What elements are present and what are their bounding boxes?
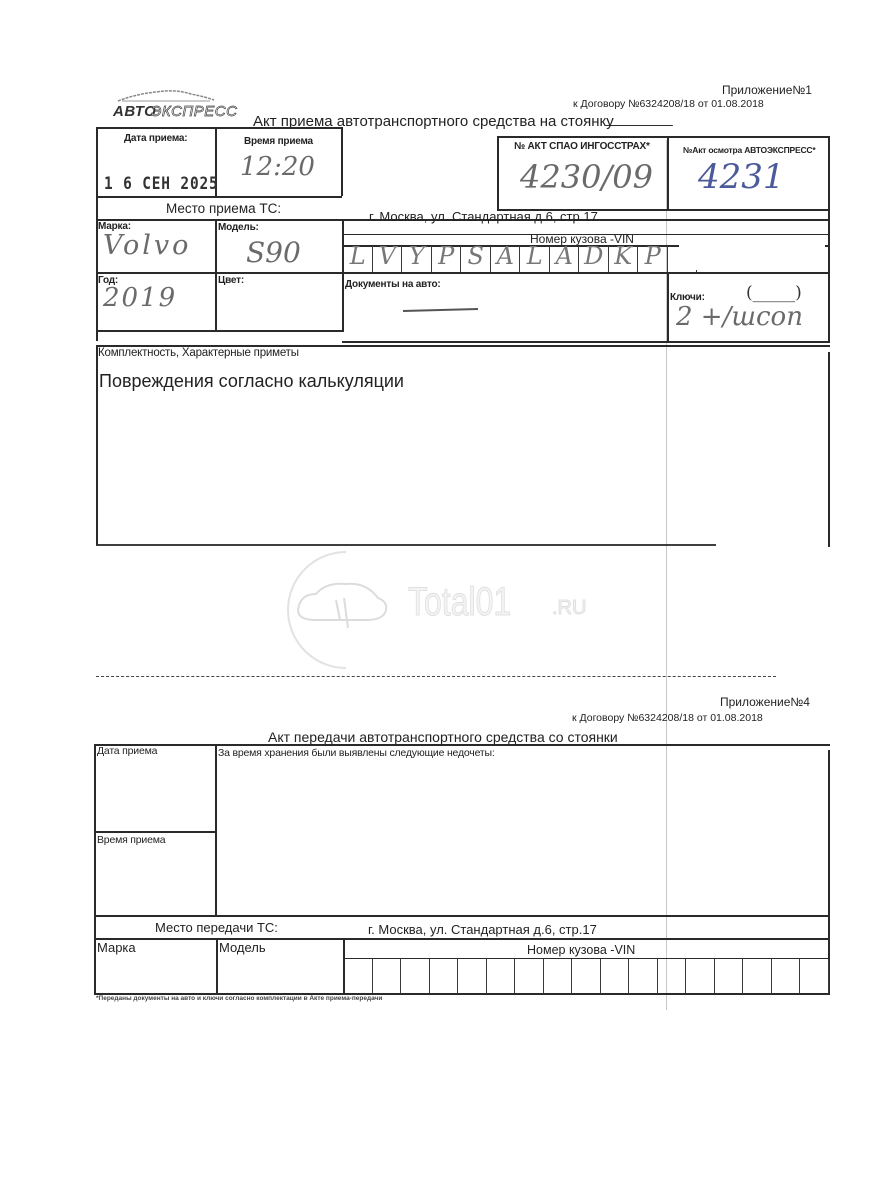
vin-char: V — [373, 242, 403, 270]
vin-cell: A — [550, 246, 580, 272]
logo-text-express: ЭКСПРЕСС — [151, 103, 237, 120]
ingos-act-value: 4230/09 — [520, 158, 653, 196]
transfer-place-value: г. Москва, ул. Стандартная д.6, стр.17 — [368, 922, 597, 937]
cut-line — [96, 676, 776, 677]
vin-char: L — [520, 242, 550, 270]
footnote: *Переданы документы на авто и ключи согл… — [96, 995, 382, 1002]
watermark-suffix: .RU — [552, 597, 586, 620]
vin-cell: V — [373, 246, 403, 272]
year-value: 2019 — [103, 283, 177, 313]
transfer-vin-cell — [487, 959, 516, 993]
transfer-date-label: Дата приема — [97, 745, 157, 757]
vin-cell: K — [609, 246, 639, 272]
appendix-label-2: Приложение№4 — [720, 695, 810, 709]
vin-char: A — [491, 242, 521, 270]
color-label: Цвет: — [218, 275, 244, 286]
place-label: Место приема ТС: — [166, 201, 281, 216]
transfer-vin-label: Номер кузова -VIN — [527, 943, 635, 957]
vin-char: P — [432, 242, 462, 270]
vin-char: D — [579, 242, 609, 270]
transfer-vin-cell — [344, 959, 373, 993]
model-label: Модель: — [218, 222, 259, 233]
logo-text-avto: АВТО — [113, 103, 156, 120]
keys-value: 2 +/шсоп — [676, 302, 803, 332]
transfer-vin-cell — [658, 959, 687, 993]
time-value: 12:20 — [240, 152, 315, 182]
document-title-2: Акт передачи автотранспортного средства … — [268, 729, 618, 745]
autoexpress-act-label: №Акт осмотра АВТОЭКСПРЕСС* — [683, 145, 815, 155]
transfer-vin-cell — [401, 959, 430, 993]
transfer-vin-cell — [544, 959, 573, 993]
transfer-vin-cell — [743, 959, 772, 993]
vin-cell: L — [343, 246, 373, 272]
transfer-vin-cell — [515, 959, 544, 993]
transfer-model-label: Модель — [219, 940, 266, 955]
redaction-patch — [679, 236, 825, 270]
vin-cell: Y — [402, 246, 432, 272]
documents-dash — [403, 308, 478, 312]
car-silhouette-icon — [116, 88, 216, 102]
vin-cell: P — [432, 246, 462, 272]
vin-cell: A — [491, 246, 521, 272]
transfer-time-label: Время приема — [97, 834, 165, 846]
transfer-vin-cell — [715, 959, 744, 993]
watermark-car-logo-icon — [286, 550, 406, 670]
transfer-vin-cell — [373, 959, 402, 993]
transfer-vin-cell — [686, 959, 715, 993]
documents-label: Документы на авто: — [345, 279, 441, 290]
transfer-vin-cell — [430, 959, 459, 993]
date-stamp: 1 6 СЕН 2025 — [104, 174, 219, 194]
transfer-vin-cell — [458, 959, 487, 993]
date-label: Дата приема: — [124, 133, 187, 144]
autoexpress-act-value: 4231 — [698, 157, 785, 197]
transfer-vin-cell — [772, 959, 801, 993]
ingos-act-label: № АКТ СПАО ИНГОССТРАХ* — [514, 141, 650, 152]
vin-char: A — [550, 242, 580, 270]
vin-char: Y — [402, 242, 432, 270]
transfer-vin-cell — [601, 959, 630, 993]
keys-bracket: (_____) — [746, 283, 802, 303]
vin-char: K — [609, 242, 639, 270]
model-value: S90 — [246, 236, 301, 269]
vin-cell: L — [520, 246, 550, 272]
contract-label-2: к Договору №6324208/18 от 01.08.2018 — [572, 712, 763, 724]
vin-cell: S — [461, 246, 491, 272]
defects-label: За время хранения были выявлены следующи… — [218, 747, 495, 759]
completeness-value: Повреждения согласно калькуляции — [99, 371, 404, 392]
vin-char: L — [343, 242, 373, 270]
vin-cell: P — [638, 246, 668, 272]
completeness-label: Комплектность, Характерные приметы — [98, 347, 299, 359]
transfer-brand-label: Марка — [97, 940, 136, 955]
transfer-vin-cell — [800, 959, 829, 993]
transfer-place-label: Место передачи ТС: — [155, 920, 278, 935]
place-value: г. Москва, ул. Стандартная д.6, стр.17 — [369, 209, 598, 224]
title-blank: ________ — [606, 110, 673, 127]
transfer-vin-cell — [572, 959, 601, 993]
brand-value: Volvo — [103, 230, 191, 261]
vin-char: P — [638, 242, 668, 270]
watermark-brand: Total01 — [408, 580, 511, 625]
contract-label: к Договору №6324208/18 от 01.08.2018 — [573, 98, 764, 110]
vin-cell: D — [579, 246, 609, 272]
transfer-vin-cell — [629, 959, 658, 993]
vin-char: S — [461, 242, 491, 270]
appendix-label: Приложение№1 — [722, 83, 812, 97]
time-label: Время приема — [244, 136, 313, 147]
